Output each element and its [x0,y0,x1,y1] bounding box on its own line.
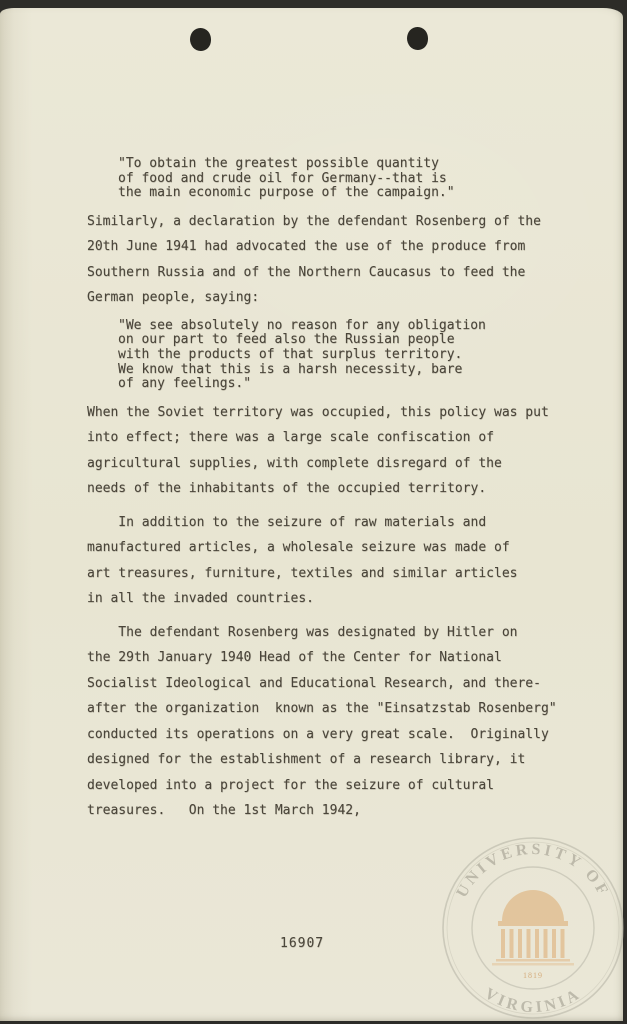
text-line: "To obtain the greatest possible quantit… [118,157,565,172]
text-line: treasures. On the 1st March 1942, [87,798,565,824]
text-line: In addition to the seizure of raw materi… [87,510,565,536]
text-line: conducted its operations on a very great… [87,722,565,748]
text-line: designed for the establishment of a rese… [87,747,565,773]
text-line: with the products of that surplus territ… [118,348,565,363]
text-line: the main economic purpose of the campaig… [118,186,565,201]
text-line: "We see absolutely no reason for any obl… [118,319,565,334]
seal-graphic: UNIVERSITY OF VIRGINIA 1819 [438,833,627,1023]
scanned-document-scan: UNIVERSITY OF VIRGINIA 1819 "To [0,0,627,1024]
text-line: developed into a project for the seizure… [87,773,565,799]
text-line: Southern Russia and of the Northern Cauc… [87,260,565,286]
paragraph: The defendant Rosenberg was designated b… [87,620,565,824]
text-line: the 29th January 1940 Head of the Center… [87,645,565,671]
page-number: 16907 [280,936,324,951]
document-text: "To obtain the greatest possible quantit… [87,157,565,824]
text-line: agricultural supplies, with complete dis… [87,451,565,477]
text-line: Similarly, a declaration by the defendan… [87,209,565,235]
seal-year-text: 1819 [523,971,543,980]
text-line: in all the invaded countries. [87,586,565,612]
university-seal-watermark: UNIVERSITY OF VIRGINIA 1819 [438,833,627,1023]
text-line: 20th June 1941 had advocated the use of … [87,234,565,260]
text-line: into effect; there was a large scale con… [87,425,565,451]
paragraph: When the Soviet territory was occupied, … [87,400,565,502]
paragraph: Similarly, a declaration by the defendan… [87,209,565,311]
text-line: We know that this is a harsh necessity, … [118,363,565,378]
quote-block: "We see absolutely no reason for any obl… [87,319,565,392]
text-line: German people, saying: [87,285,565,311]
rotunda-icon [492,890,574,966]
text-line: The defendant Rosenberg was designated b… [87,620,565,646]
seal-arc-bottom-text: VIRGINIA [481,985,584,1016]
text-line: art treasures, furniture, textiles and s… [87,561,565,587]
text-line: of any feelings." [118,377,565,392]
text-line: of food and crude oil for Germany--that … [118,172,565,187]
text-line: manufactured articles, a wholesale seizu… [87,535,565,561]
seal-outer-ring [443,838,623,1018]
text-line: on our part to feed also the Russian peo… [118,333,565,348]
punch-hole-right [407,27,428,50]
paragraph: In addition to the seizure of raw materi… [87,510,565,612]
text-line: Socialist Ideological and Educational Re… [87,671,565,697]
text-line: after the organization known as the "Ein… [87,696,565,722]
quote-block: "To obtain the greatest possible quantit… [87,157,565,201]
text-line: When the Soviet territory was occupied, … [87,400,565,426]
punch-hole-left [190,28,211,51]
text-line: needs of the inhabitants of the occupied… [87,476,565,502]
